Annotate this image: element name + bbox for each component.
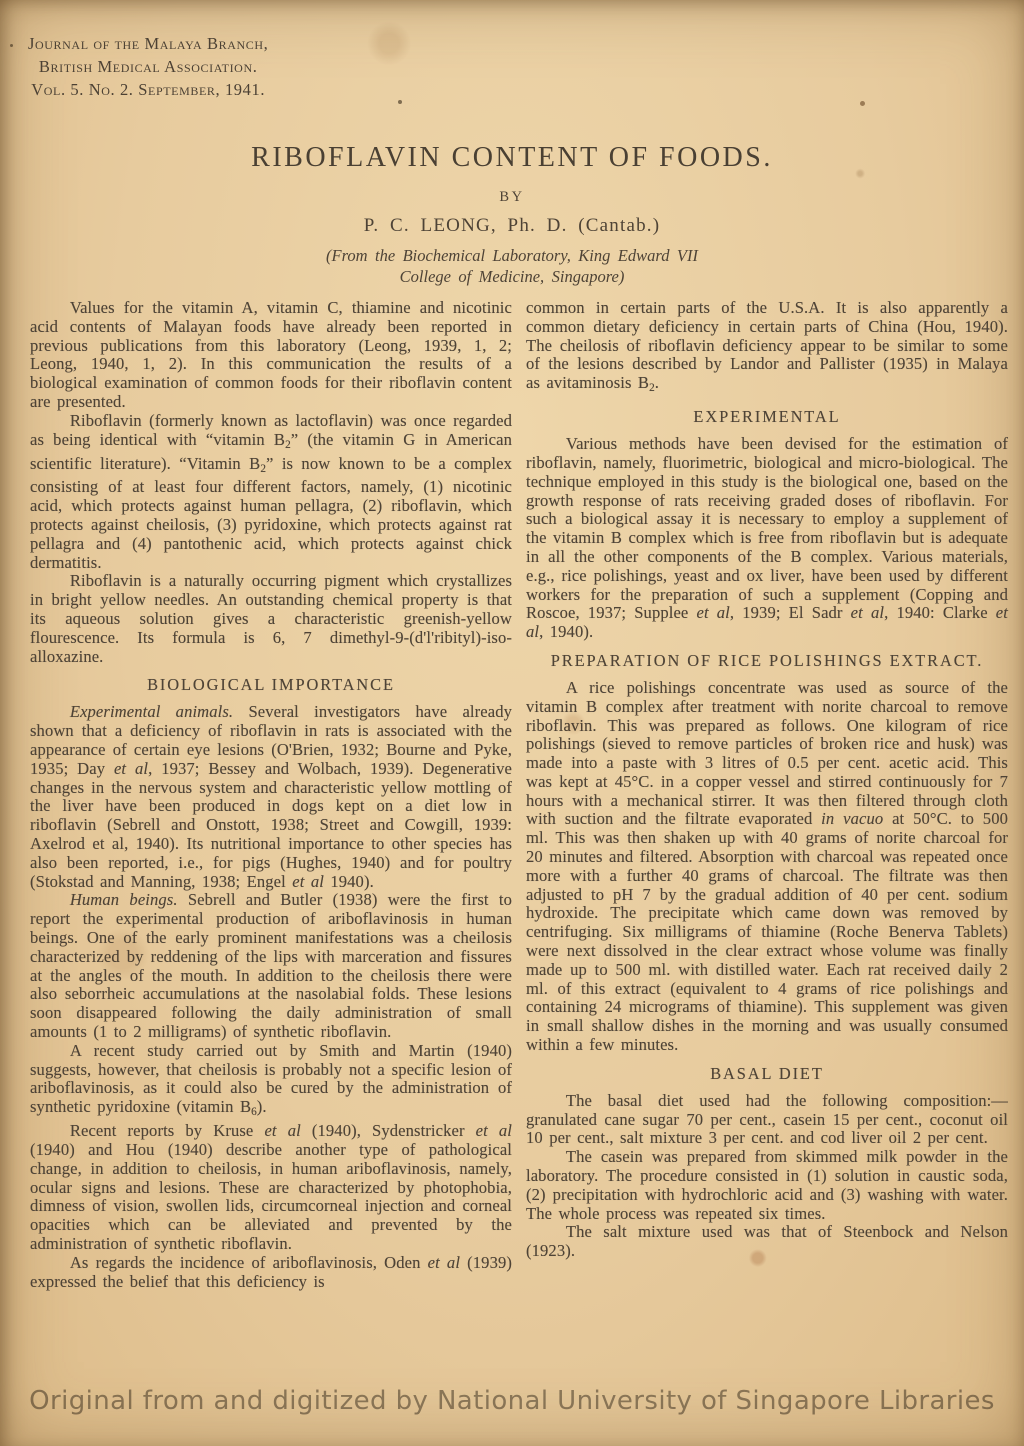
paragraph: A recent study carried out by Smith and … xyxy=(30,1042,512,1122)
paper-speck xyxy=(398,100,402,104)
right-column: common in certain parts of the U.S.A. It… xyxy=(526,299,1008,1291)
body-text: , 1940: Clarke xyxy=(884,603,996,622)
paragraph: Riboflavin (formerly known as lactoflavi… xyxy=(30,412,512,573)
body-text: (1940), Sydenstricker xyxy=(301,1121,476,1140)
title-block: RIBOFLAVIN CONTENT OF FOODS. BY P. C. LE… xyxy=(0,142,1024,287)
digitization-watermark: Original from and digitized by National … xyxy=(29,1386,995,1416)
body-text: , 1939; El Sadr xyxy=(730,603,851,622)
paragraph: A rice polishings concentrate was used a… xyxy=(526,679,1008,1055)
paragraph: Human beings. Sebrell and Butler (1938) … xyxy=(30,891,512,1041)
body-text: A rice polishings concentrate was used a… xyxy=(526,678,1008,829)
paragraph: The basal diet used had the following co… xyxy=(526,1092,1008,1148)
body-text: . xyxy=(655,373,659,392)
body-text: A recent study carried out by Smith and … xyxy=(30,1041,512,1116)
body-text: ). xyxy=(257,1097,267,1116)
journal-volume-line: Vol. 5. No. 2. September, 1941. xyxy=(28,78,268,101)
body-text: at 50°C. to 500 ml. This was then shaken… xyxy=(526,809,1008,1054)
body-text: Riboflavin is a naturally occurring pigm… xyxy=(30,571,512,665)
italic-text: in vacuo xyxy=(821,809,883,828)
italic-text: et al xyxy=(697,603,730,622)
paragraph: Recent reports by Kruse et al (1940), Sy… xyxy=(30,1122,512,1254)
body-text: Various methods have been devised for th… xyxy=(526,434,1008,622)
body-text: 1940). xyxy=(324,872,374,891)
affiliation-line-2: College of Medicine, Singapore) xyxy=(0,266,1024,287)
paragraph: The casein was prepared from skimmed mil… xyxy=(526,1148,1008,1223)
italic-text: et al xyxy=(114,759,148,778)
article-body: Values for the vitamin A, vitamin C, thi… xyxy=(30,299,1008,1291)
body-text: Sebrell and Butler (1938) were the first… xyxy=(30,890,512,1041)
body-text: Values for the vitamin A, vitamin C, thi… xyxy=(30,298,512,411)
italic-text: et al xyxy=(476,1121,512,1140)
italic-text: et al xyxy=(428,1253,460,1272)
italic-text: et al xyxy=(851,603,884,622)
author-name: P. C. LEONG, Ph. D. (Cantab.) xyxy=(0,215,1024,237)
paragraph: Riboflavin is a naturally occurring pigm… xyxy=(30,572,512,666)
paragraph: Experimental animals. Several investigat… xyxy=(30,703,512,891)
italic-text: et al xyxy=(264,1121,300,1140)
body-text: Recent reports by Kruse xyxy=(70,1121,265,1140)
section-heading: PREPARATION OF RICE POLISHINGS EXTRACT. xyxy=(526,651,1008,671)
paper-speck xyxy=(860,101,865,106)
left-column: Values for the vitamin A, vitamin C, thi… xyxy=(30,299,512,1291)
journal-page: Journal of the Malaya Branch, British Me… xyxy=(0,0,1024,1446)
body-text: common in certain parts of the U.S.A. It… xyxy=(526,298,1008,392)
body-text: , 1937; Bessey and Wolbach, 1939). Degen… xyxy=(30,759,512,891)
body-text: The basal diet used had the following co… xyxy=(526,1091,1008,1148)
affiliation: (From the Biochemical Laboratory, King E… xyxy=(0,245,1024,287)
byline-label: BY xyxy=(0,189,1024,206)
italic-text: Experimental animals. xyxy=(70,702,233,721)
journal-name-line: Journal of the Malaya Branch, xyxy=(28,32,268,55)
paragraph: common in certain parts of the U.S.A. It… xyxy=(526,299,1008,398)
italic-text: et al xyxy=(292,872,324,891)
body-text: (1940) and Hou (1940) describe another t… xyxy=(30,1140,512,1253)
paragraph: The salt mixture used was that of Steenb… xyxy=(526,1223,1008,1261)
body-text: The casein was prepared from skimmed mil… xyxy=(526,1147,1008,1222)
body-text: As regards the incidence of ariboflavino… xyxy=(70,1253,428,1272)
paragraph: Various methods have been devised for th… xyxy=(526,435,1008,642)
paragraph: Values for the vitamin A, vitamin C, thi… xyxy=(30,299,512,412)
paragraph: As regards the incidence of ariboflavino… xyxy=(30,1254,512,1292)
affiliation-line-1: (From the Biochemical Laboratory, King E… xyxy=(0,245,1024,266)
body-text: The salt mixture used was that of Steenb… xyxy=(526,1222,1008,1260)
section-heading: BIOLOGICAL IMPORTANCE xyxy=(30,675,512,695)
paper-speck xyxy=(10,44,13,47)
body-text: , 1940). xyxy=(539,622,593,641)
italic-text: Human beings. xyxy=(70,890,178,909)
section-heading: EXPERIMENTAL xyxy=(526,407,1008,427)
journal-association-line: British Medical Association. xyxy=(28,55,268,78)
article-title: RIBOFLAVIN CONTENT OF FOODS. xyxy=(0,142,1024,174)
section-heading: BASAL DIET xyxy=(526,1064,1008,1084)
journal-masthead: Journal of the Malaya Branch, British Me… xyxy=(28,32,268,101)
